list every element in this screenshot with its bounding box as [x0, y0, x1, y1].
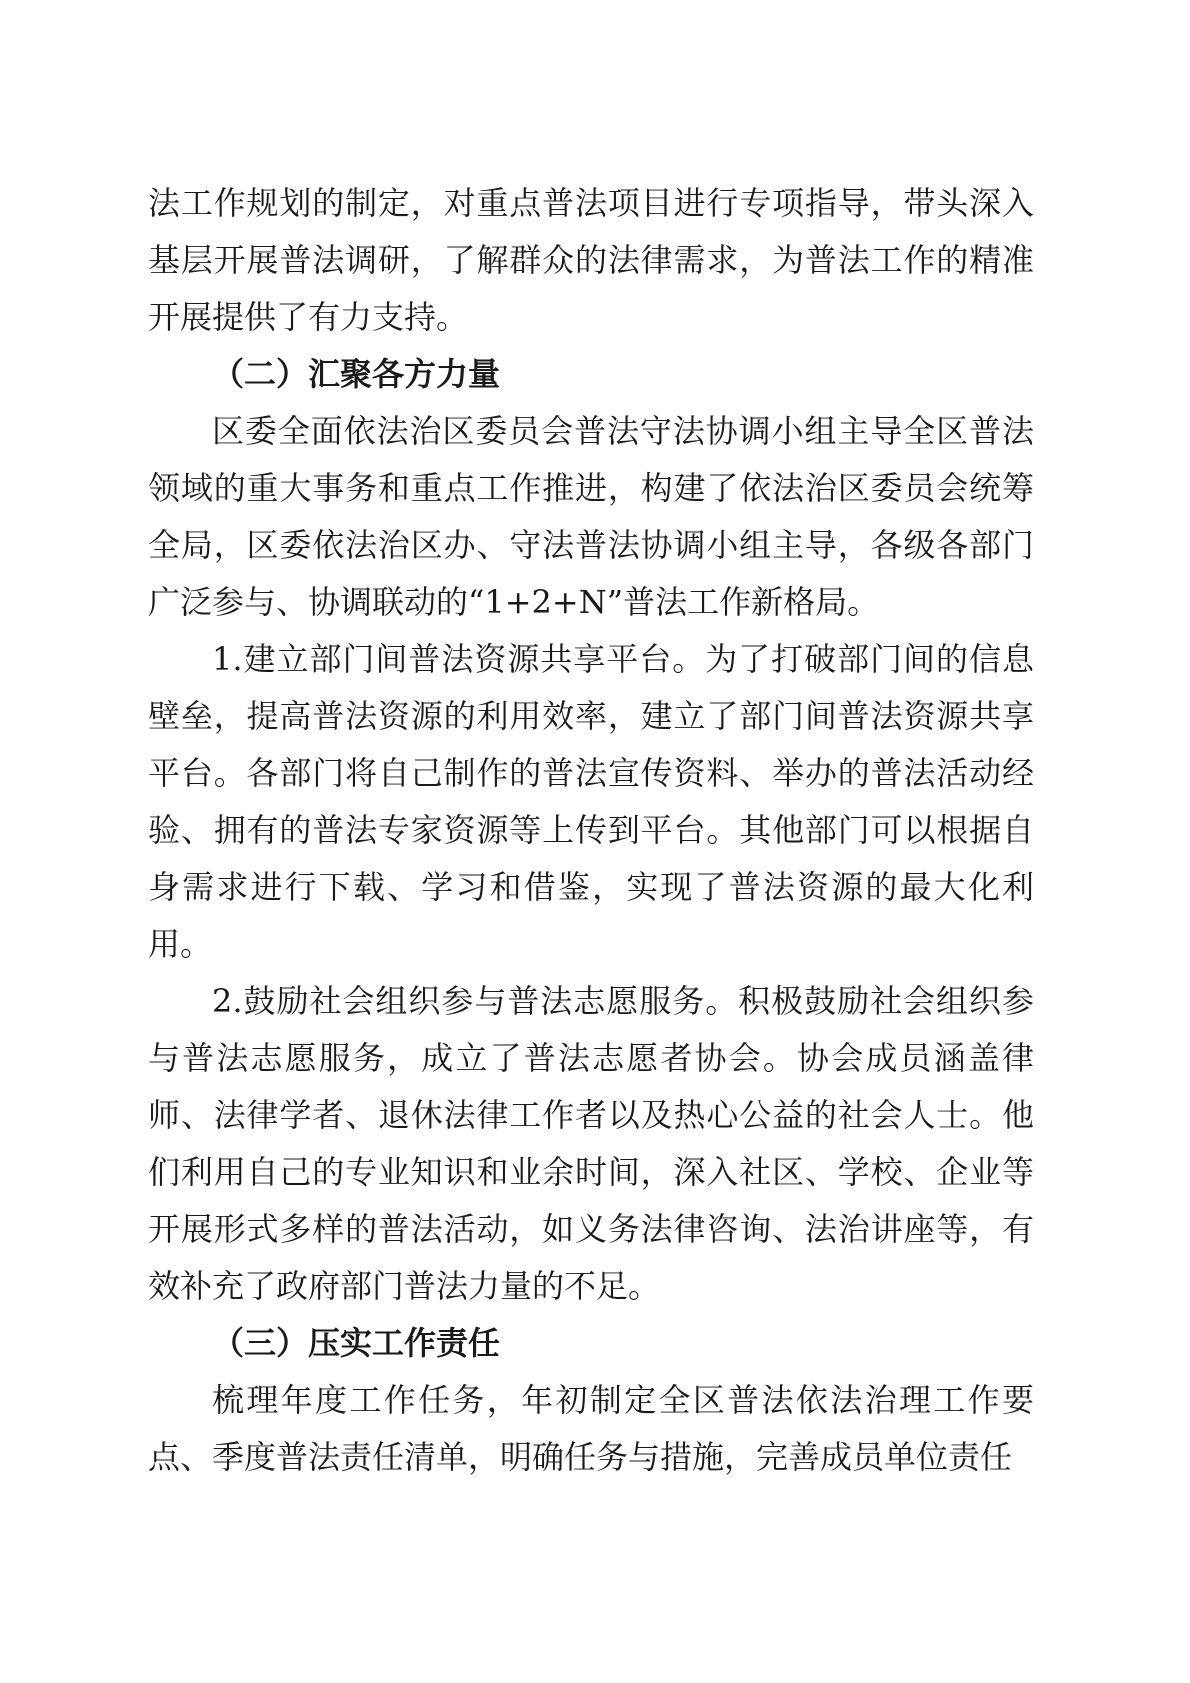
paragraph-item-2: 2.鼓励社会组织参与普法志愿服务。积极鼓励社会组织参与普法志愿服务，成立了普法志… [148, 973, 1034, 1315]
paragraph-section2-intro: 区委全面依法治区委员会普法守法协调小组主导全区普法领域的重大事务和重点工作推进，… [148, 403, 1034, 631]
paragraph-section3-intro: 梳理年度工作任务，年初制定全区普法依法治理工作要点、季度普法责任清单，明确任务与… [148, 1372, 1034, 1486]
section-heading-3: （三）压实工作责任 [148, 1315, 1034, 1372]
document-page: 法工作规划的制定，对重点普法项目进行专项指导，带头深入基层开展普法调研，了解群众… [0, 0, 1190, 1683]
document-body: 法工作规划的制定，对重点普法项目进行专项指导，带头深入基层开展普法调研，了解群众… [148, 175, 1034, 1486]
paragraph-continuation: 法工作规划的制定，对重点普法项目进行专项指导，带头深入基层开展普法调研，了解群众… [148, 175, 1034, 346]
paragraph-item-1: 1.建立部门间普法资源共享平台。为了打破部门间的信息壁垒，提高普法资源的利用效率… [148, 631, 1034, 973]
section-heading-2: （二）汇聚各方力量 [148, 346, 1034, 403]
